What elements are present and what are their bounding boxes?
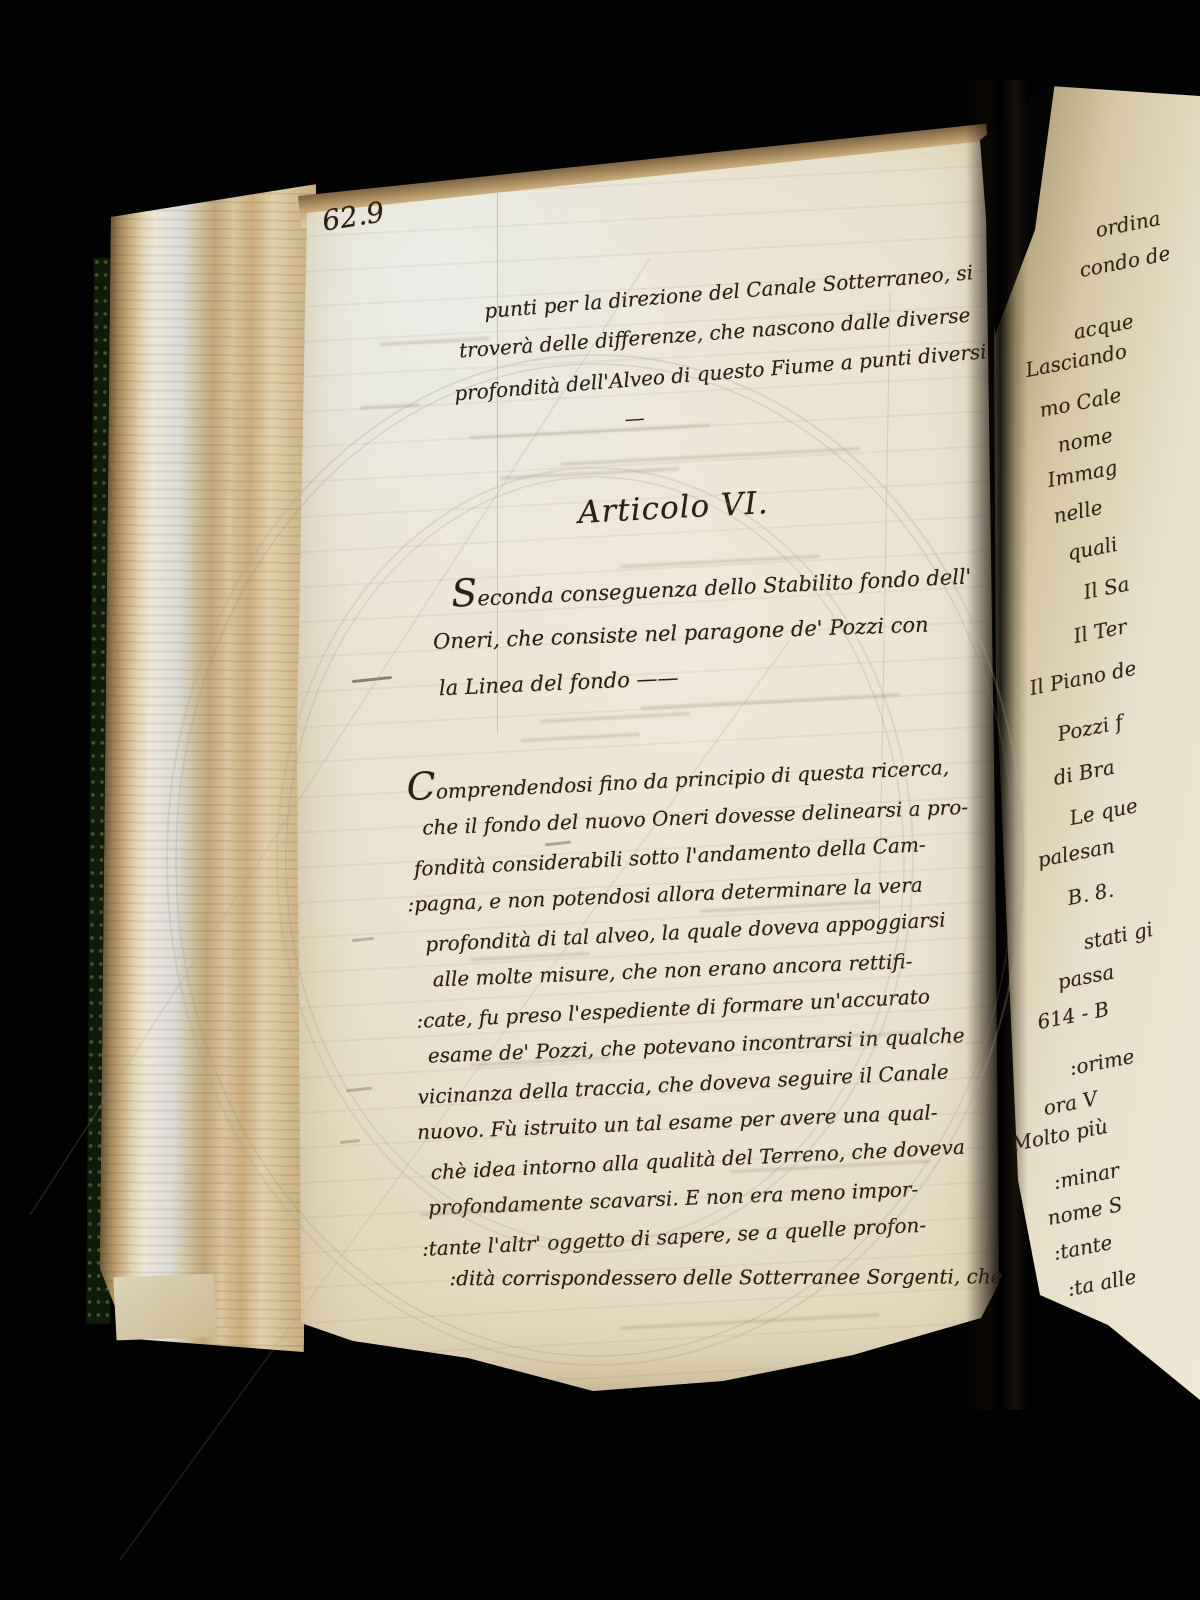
article-subtitle: Seconda conseguenza dello Stabilito fond… <box>431 555 996 708</box>
manuscript-photo: 62.9 punti per la direzione del Canale S… <box>0 0 1200 1600</box>
body-paragraph: Comprendendosi fino da principio di ques… <box>402 748 1009 1309</box>
manuscript-line: :dità corrispondessero delle Sotterranee… <box>449 1257 1008 1297</box>
stacked-page-edges <box>99 182 316 1352</box>
